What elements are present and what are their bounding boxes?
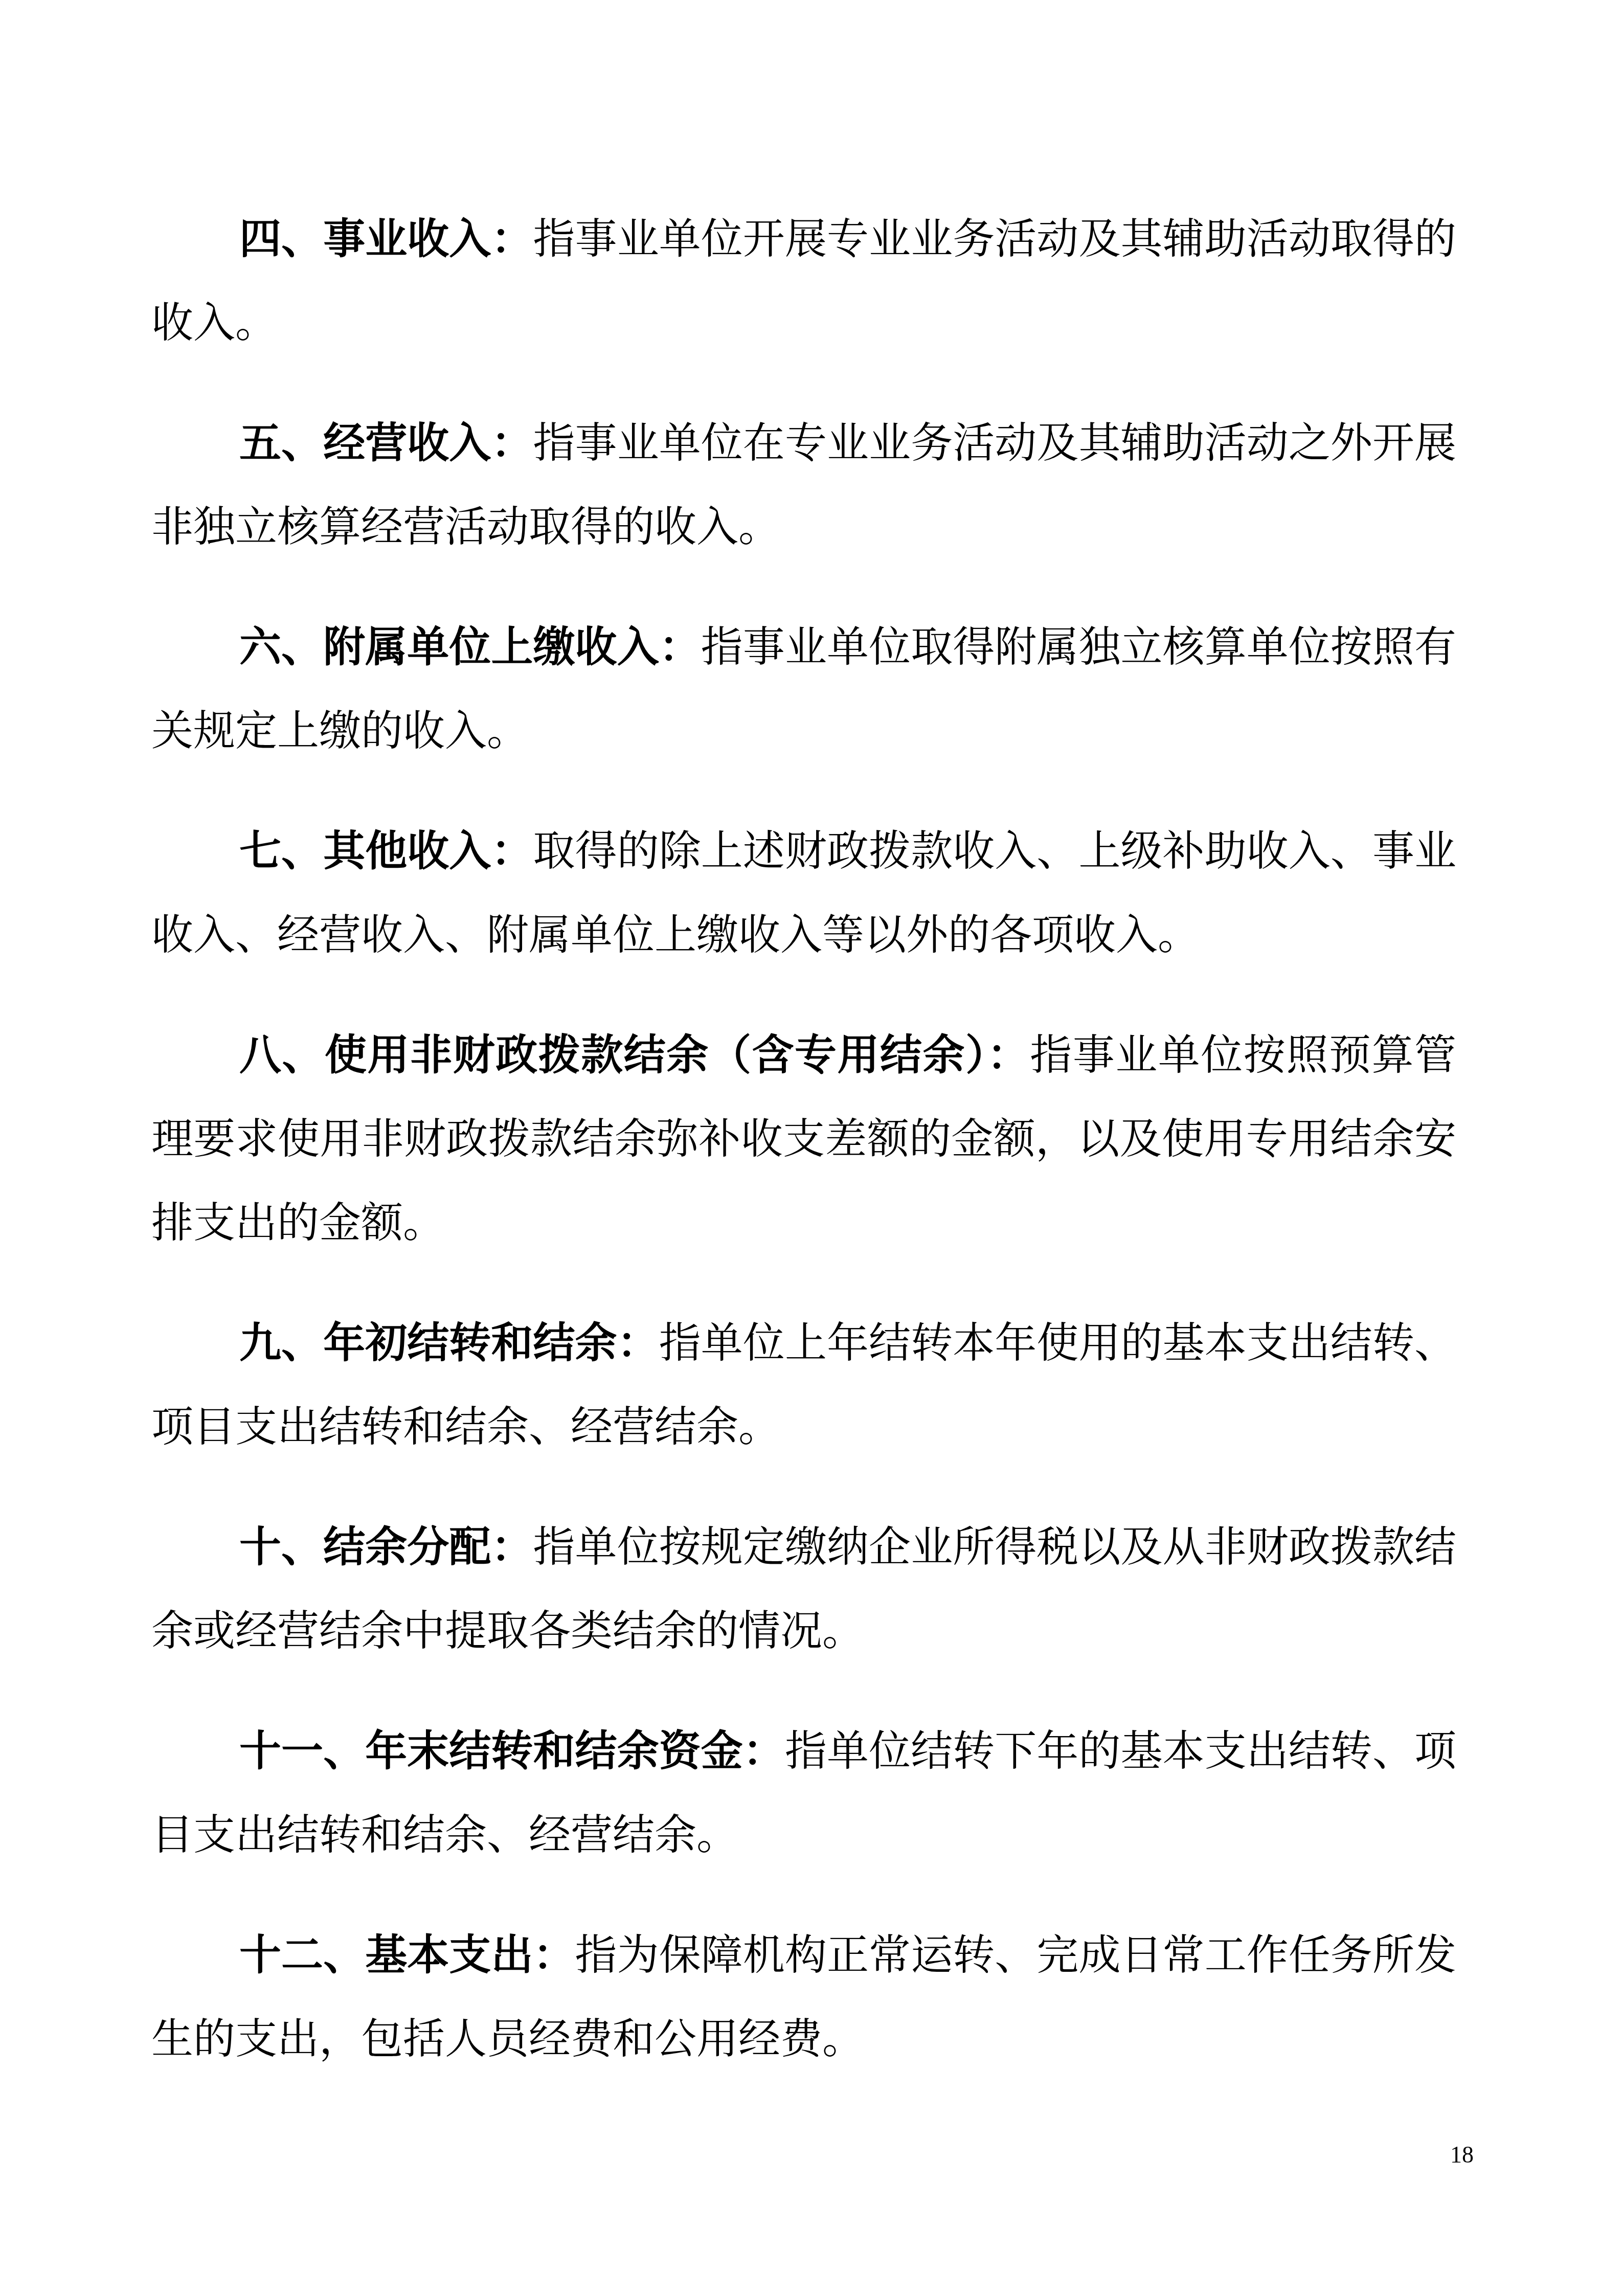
- definition-paragraph-subsidiary-remittance: 六、附属单位上缴收入：指事业单位取得附属独立核算单位按照有关规定上缴的收入。: [151, 605, 1456, 773]
- definition-term: 八、使用非财政拨款结余（含专用结余）：: [239, 1030, 1030, 1079]
- definition-term: 四、事业收入：: [239, 214, 533, 263]
- definition-paragraph-surplus-distribution: 十、结余分配：指单位按规定缴纳企业所得税以及从非财政拨款结余或经营结余中提取各类…: [151, 1505, 1456, 1673]
- definition-paragraph-year-end-carryover: 十一、年末结转和结余资金：指单位结转下年的基本支出结转、项目支出结转和结余、经营…: [151, 1709, 1456, 1877]
- definition-term: 六、附属单位上缴收入：: [239, 622, 701, 671]
- definition-term: 九、年初结转和结余：: [239, 1318, 659, 1367]
- definition-paragraph-non-fiscal-surplus-use: 八、使用非财政拨款结余（含专用结余）：指事业单位按照预算管理要求使用非财政拨款结…: [151, 1013, 1456, 1265]
- definition-paragraph-operating-income: 五、经营收入：指事业单位在专业业务活动及其辅助活动之外开展非独立核算经营活动取得…: [151, 401, 1456, 569]
- definition-term: 十二、基本支出：: [239, 1930, 575, 1979]
- definition-paragraph-beginning-carryover: 九、年初结转和结余：指单位上年结转本年使用的基本支出结转、项目支出结转和结余、经…: [151, 1301, 1456, 1469]
- definition-term: 五、经营收入：: [239, 418, 533, 467]
- definition-paragraph-basic-expenditure: 十二、基本支出：指为保障机构正常运转、完成日常工作任务所发生的支出，包括人员经费…: [151, 1913, 1456, 2081]
- definition-term: 十一、年末结转和结余资金：: [239, 1726, 785, 1775]
- definition-paragraph-other-income: 七、其他收入：取得的除上述财政拨款收入、上级补助收入、事业收入、经营收入、附属单…: [151, 809, 1456, 977]
- definition-paragraph-business-income: 四、事业收入：指事业单位开展专业业务活动及其辅助活动取得的收入。: [151, 197, 1456, 365]
- page-number: 18: [1450, 2142, 1474, 2168]
- definition-term: 七、其他收入：: [239, 826, 533, 875]
- document-body: 四、事业收入：指事业单位开展专业业务活动及其辅助活动取得的收入。 五、经营收入：…: [151, 197, 1456, 2117]
- definition-term: 十、结余分配：: [239, 1522, 533, 1571]
